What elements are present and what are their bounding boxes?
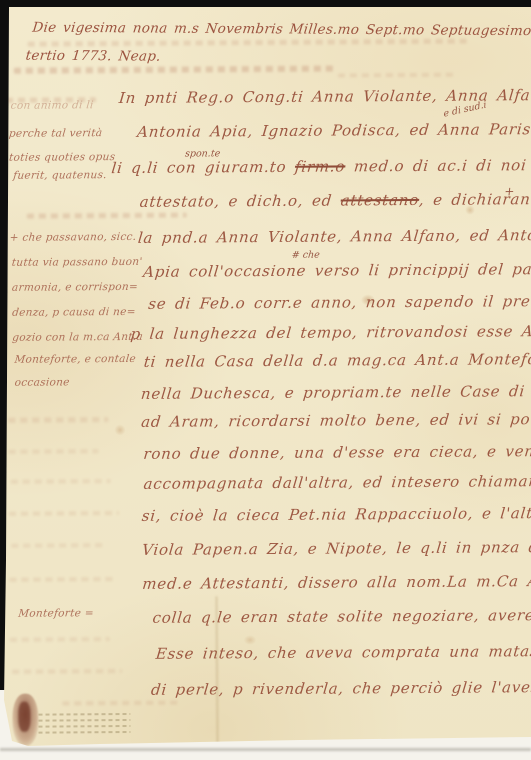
margin-note: perche tal verità [8, 127, 103, 140]
bleedthrough-mark [11, 543, 106, 548]
line-segment: med.o di ac.i di noi hanno [344, 156, 531, 176]
margin-note: Monteforte = [18, 607, 95, 620]
faded-stamp [38, 713, 130, 742]
stamp-row [38, 731, 130, 734]
body-line: med.e Attestanti, dissero alla nom.La m.… [141, 572, 531, 593]
struck-word: firm.o [294, 157, 346, 175]
body-line: Apia coll'occasione verso li princippij … [142, 260, 531, 281]
ink-smudge-core [18, 702, 30, 732]
line-segment: attestato, e dich.o, ed [139, 191, 342, 210]
body-line: accompagnata dall'altra, ed intesero chi… [143, 472, 531, 493]
interlinear-insertion: spon.te [184, 148, 220, 159]
margin-note: toties quoties opus [8, 151, 115, 164]
insertion-plus-mark: + [504, 184, 515, 198]
body-line: si, cioè la cieca Pet.nia Rappacciuolo, … [141, 504, 531, 525]
body-line: attestato, e dich.o, ed attestano, e dic… [139, 190, 531, 211]
body-line: nella Duchesca, e propriam.te nelle Case… [140, 382, 531, 403]
body-line: Viola Papen.a Zia, e Nipote, le q.li in … [141, 538, 531, 559]
margin-note: gozio con la m.ca Ant.a [12, 331, 144, 344]
bleedthrough-mark [12, 669, 122, 674]
stamp-row [38, 725, 130, 728]
margin-note: armonia, e corrispon= [11, 281, 138, 294]
bleedthrough-mark [338, 73, 458, 78]
interlinear-insertion: # che [291, 250, 320, 261]
bleedthrough-mark [8, 449, 98, 454]
body-line: ad Aram, ricordarsi molto bene, ed ivi s… [140, 410, 531, 431]
bleedthrough-mark [10, 637, 110, 642]
stamp-row [38, 719, 130, 722]
body-line: p la lunghezza del tempo, ritrovandosi e… [130, 322, 531, 343]
bleedthrough-mark [11, 479, 111, 484]
line-segment: li q.li con giuram.to [111, 158, 296, 177]
bleedthrough-mark [62, 701, 182, 706]
bleedthrough-mark [28, 39, 468, 47]
body-line: di perle, p rivenderla, che perciò glie … [150, 678, 531, 699]
margin-note: fuerit, quatenus. [13, 169, 108, 182]
struck-word: attestano [340, 191, 420, 210]
margin-note: tutta via passano buon' [11, 256, 143, 269]
bleedthrough-mark [9, 577, 114, 582]
bleedthrough-mark [27, 213, 187, 219]
margin-note: denza, p causa di ne= [12, 306, 137, 319]
margin-note: occasione [14, 376, 70, 388]
body-line: rono due donne, una d'esse era cieca, e … [143, 442, 531, 463]
bleedthrough-mark [14, 66, 334, 74]
bleedthrough-mark [9, 511, 119, 516]
date-heading-line-1: Die vigesima nona m.s Novembris Milles.m… [32, 20, 531, 39]
body-line: colla q.le eran state solite negoziare, … [152, 606, 531, 627]
margin-note: Monteforte, e contale [14, 353, 137, 366]
date-heading-line-2: tertio 1773. Neap. [25, 48, 162, 65]
body-line: se di Feb.o corr.e anno, non sapendo il … [148, 291, 531, 312]
body-line: li q.li con giuram.to firm.o med.o di ac… [111, 156, 531, 177]
body-line: Esse inteso, che aveva comprata una mata… [155, 642, 531, 663]
scanned-manuscript: Die vigesima nona m.s Novembris Milles.m… [0, 0, 531, 760]
manuscript-page: Die vigesima nona m.s Novembris Milles.m… [0, 0, 531, 760]
bleedthrough-mark [8, 417, 108, 423]
body-line: Antonia Apia, Ignazio Podisca, ed Anna P… [136, 120, 531, 141]
margin-note: + che passavano, sicc. [9, 231, 137, 244]
page-content: Die vigesima nona m.s Novembris Milles.m… [0, 0, 531, 760]
stamp-row [38, 713, 130, 716]
paper-edge-shadow [0, 748, 531, 751]
margin-note: con animo di li [10, 99, 94, 112]
body-line: ti nella Casa della d.a mag.ca Ant.a Mon… [143, 350, 531, 371]
body-line: la pnd.a Anna Violante, Anna Alfano, ed … [137, 226, 531, 247]
